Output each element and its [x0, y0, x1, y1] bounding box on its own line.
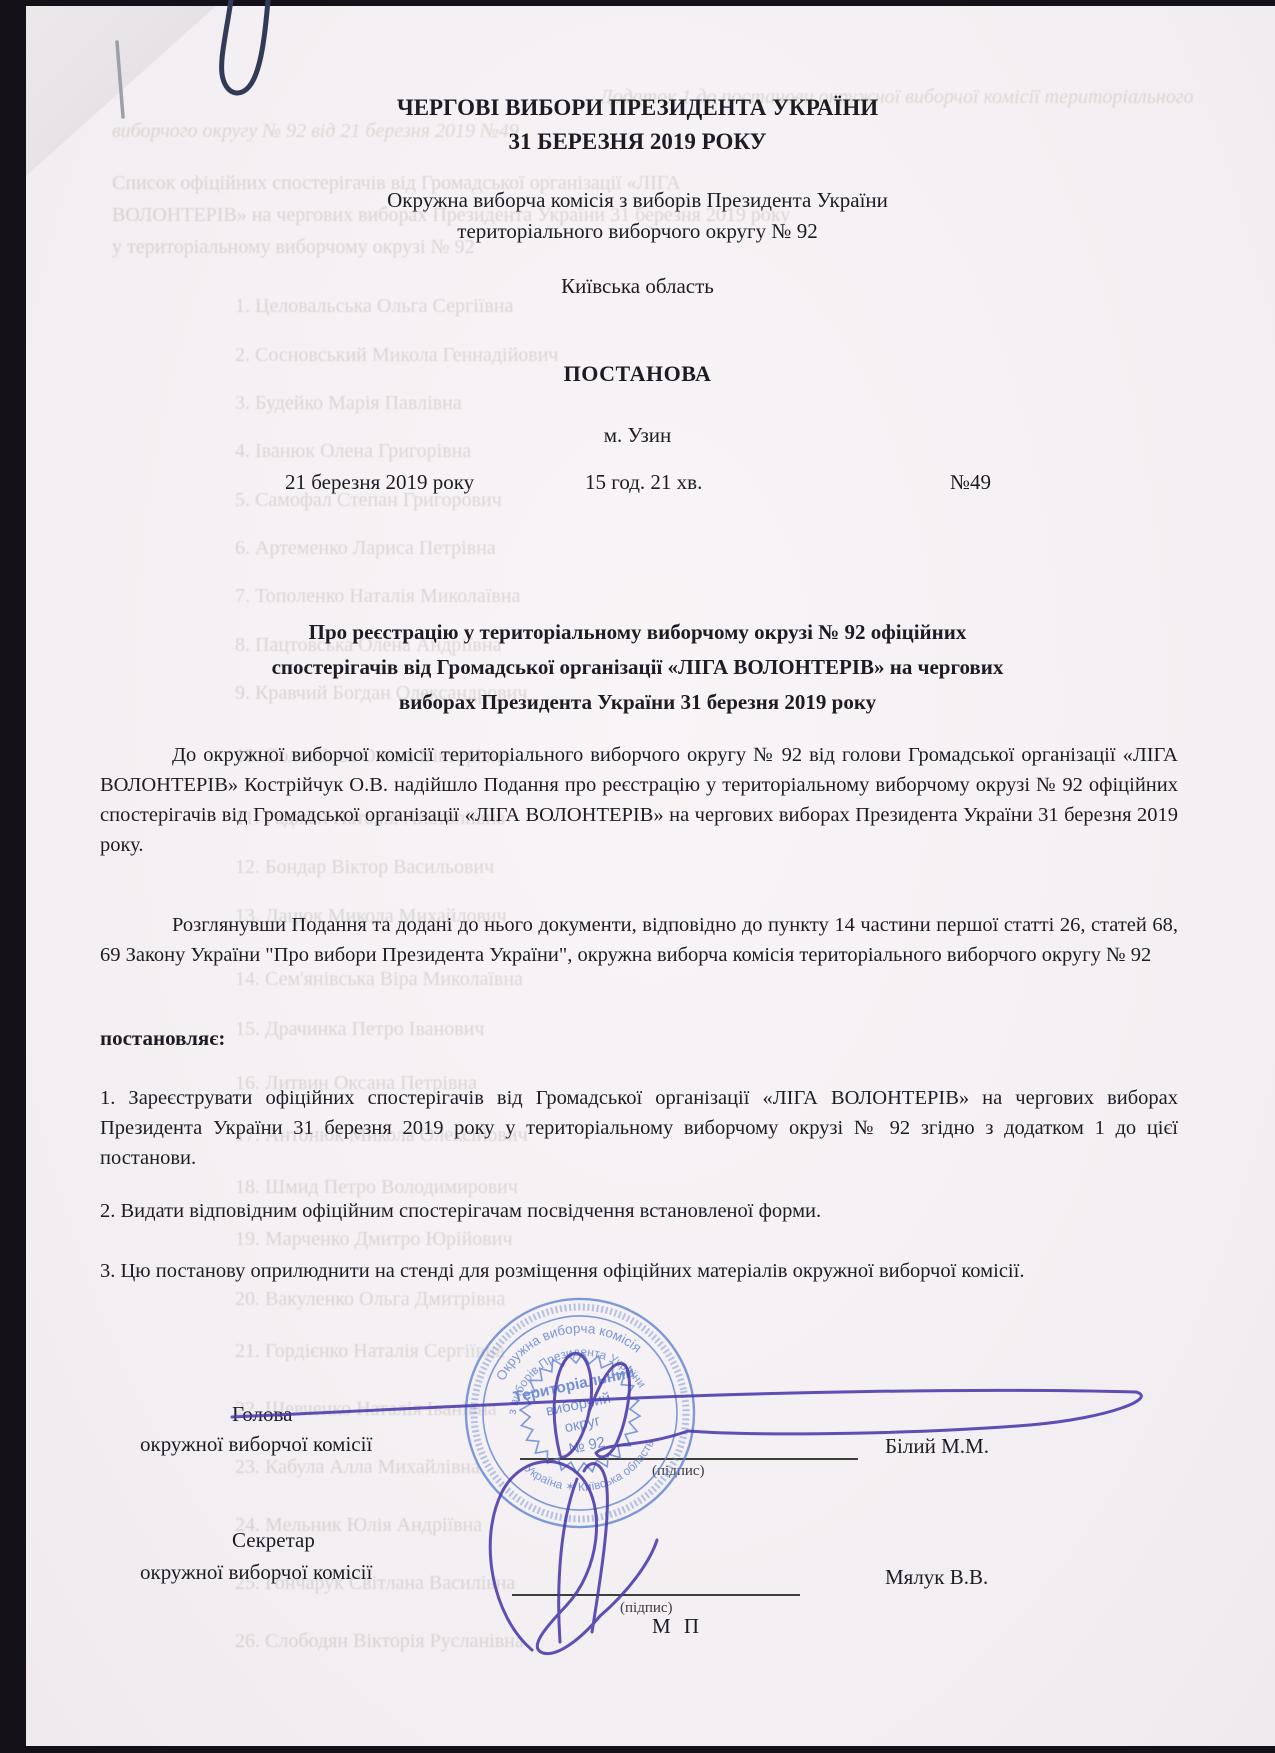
bleedthrough-list-item: 14. Сем'янівська Віра Миколаївна — [235, 968, 523, 991]
bleedthrough-list-item: 21. Гордієнко Наталія Сергіївна — [235, 1340, 505, 1363]
commission-name-line2: територіального виборчого округу № 92 — [0, 219, 1275, 244]
sig1-signature-line — [520, 1458, 858, 1460]
sig2-role-line1: Секретар — [232, 1528, 315, 1553]
resolution-item-1: 1. Зареєструвати офіційних спостерігачів… — [100, 1083, 1178, 1173]
resolution-item-3: 3. Цю постанову оприлюднити на стенді дл… — [100, 1256, 1178, 1286]
election-header-line1: ЧЕРГОВІ ВИБОРИ ПРЕЗИДЕНТА УКРАЇНИ — [0, 95, 1275, 121]
bleedthrough-list-item: 20. Вакуленко Ольга Дмитрівна — [235, 1288, 505, 1311]
bleedthrough-list-item: 7. Тополенко Наталія Миколаївна — [235, 585, 520, 608]
paper-sheet — [26, 6, 1275, 1746]
doc-subject-line2: спостерігачів від Громадської організаці… — [100, 655, 1175, 680]
doc-date: 21 березня 2019 року — [285, 470, 474, 495]
region-label: Київська область — [0, 274, 1275, 299]
bleedthrough-list-item: 19. Марченко Дмитро Юрійович — [235, 1228, 513, 1251]
resolution-item-2: 2. Видати відповідним офіційним спостері… — [100, 1196, 1178, 1226]
doc-time: 15 год. 21 хв. — [585, 470, 702, 495]
body-paragraph-1: До окружної виборчої комісії територіаль… — [100, 740, 1178, 860]
sig1-caption: (підпис) — [652, 1463, 705, 1480]
sig1-name: Білий М.М. — [885, 1434, 989, 1459]
election-header-line2: 31 БЕРЕЗНЯ 2019 РОКУ — [0, 129, 1275, 155]
seal-place-mark: М П — [652, 1614, 703, 1639]
doc-subject-line3: виборах Президента України 31 березня 20… — [100, 690, 1175, 715]
resolves-label: постановляє: — [100, 1026, 225, 1051]
city-label: м. Узин — [0, 423, 1275, 448]
bleedthrough-list-item: 26. Слободян Вікторія Русланівна — [235, 1630, 524, 1653]
scanned-document: Додаток 1 до постанови окружної виборчої… — [0, 0, 1275, 1753]
body-paragraph-2: Розглянувши Подання та додані до нього д… — [100, 910, 1178, 970]
commission-name-line1: Окружна виборча комісія з виборів Презид… — [0, 188, 1275, 213]
sig1-role-line2: окружної виборчої комісії — [140, 1432, 372, 1457]
sig2-role-line2: окружної виборчої комісії — [140, 1560, 372, 1585]
bleedthrough-list-item: 23. Кабула Алла Михайлівна — [235, 1456, 480, 1479]
bleedthrough-list-item: 6. Артеменко Лариса Петрівна — [235, 537, 496, 560]
doc-subject-line1: Про реєстрацію у територіальному виборчо… — [100, 620, 1175, 645]
bleedthrough-list-item: 15. Драчинка Петро Іванович — [235, 1018, 484, 1041]
doc-number: №49 — [950, 470, 991, 495]
sig2-signature-line — [512, 1594, 800, 1596]
sig2-name: Мялук В.В. — [885, 1565, 988, 1590]
doc-type-title: ПОСТАНОВА — [0, 361, 1275, 387]
sig1-role-line1: Голова — [232, 1402, 292, 1427]
bleedthrough-list-item: 3. Будейко Марія Павлівна — [235, 392, 462, 415]
